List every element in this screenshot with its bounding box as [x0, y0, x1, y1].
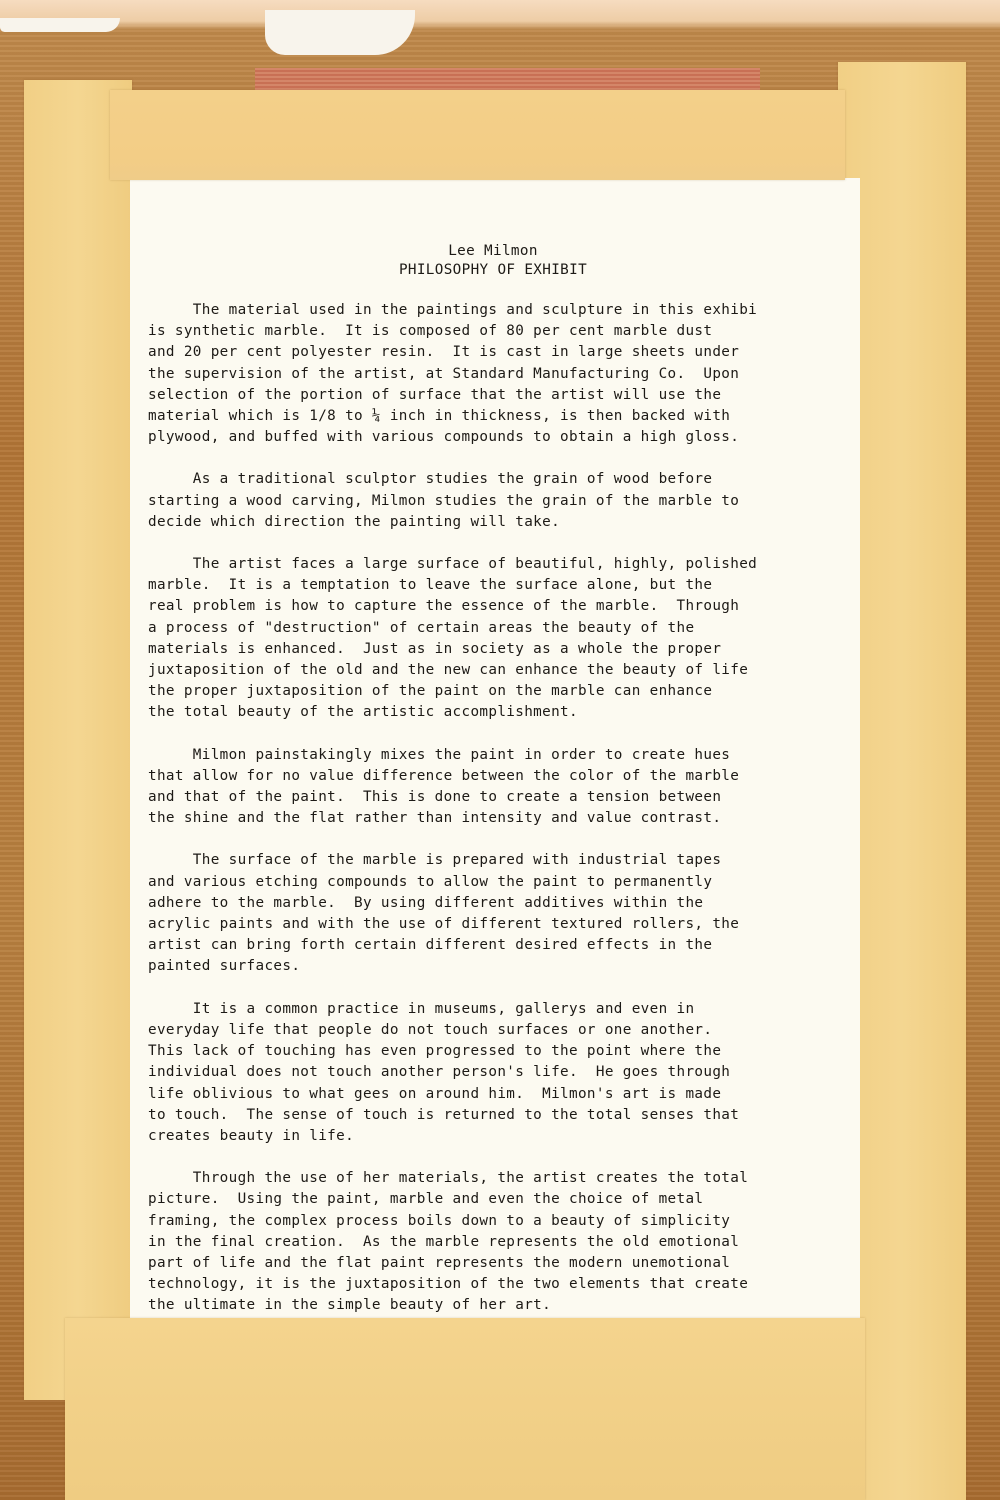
- paragraph: The surface of the marble is prepared wi…: [148, 850, 868, 977]
- masking-tape-left: [24, 80, 132, 1400]
- paragraph: Through the use of her materials, the ar…: [148, 1168, 868, 1316]
- peeling-paint-edge: [0, 0, 1000, 30]
- paragraph-list: The material used in the paintings and s…: [148, 300, 868, 1317]
- paragraph: As a traditional sculptor studies the gr…: [148, 469, 868, 533]
- paragraph: Milmon painstakingly mixes the paint in …: [148, 745, 868, 830]
- paragraph: The material used in the paintings and s…: [148, 300, 868, 448]
- document-body: Lee Milmon PHILOSOPHY OF EXHIBIT The mat…: [148, 242, 868, 1317]
- paragraph: The artist faces a large surface of beau…: [148, 554, 868, 724]
- document-header: Lee Milmon PHILOSOPHY OF EXHIBIT: [118, 242, 868, 280]
- document-title: PHILOSOPHY OF EXHIBIT: [118, 261, 868, 280]
- paint-drip: [265, 10, 415, 55]
- paragraph: It is a common practice in museums, gall…: [148, 999, 868, 1147]
- masking-tape-bottom: [65, 1318, 865, 1500]
- author-name: Lee Milmon: [118, 242, 868, 261]
- masking-tape-top: [110, 90, 845, 180]
- paint-drip: [0, 18, 120, 32]
